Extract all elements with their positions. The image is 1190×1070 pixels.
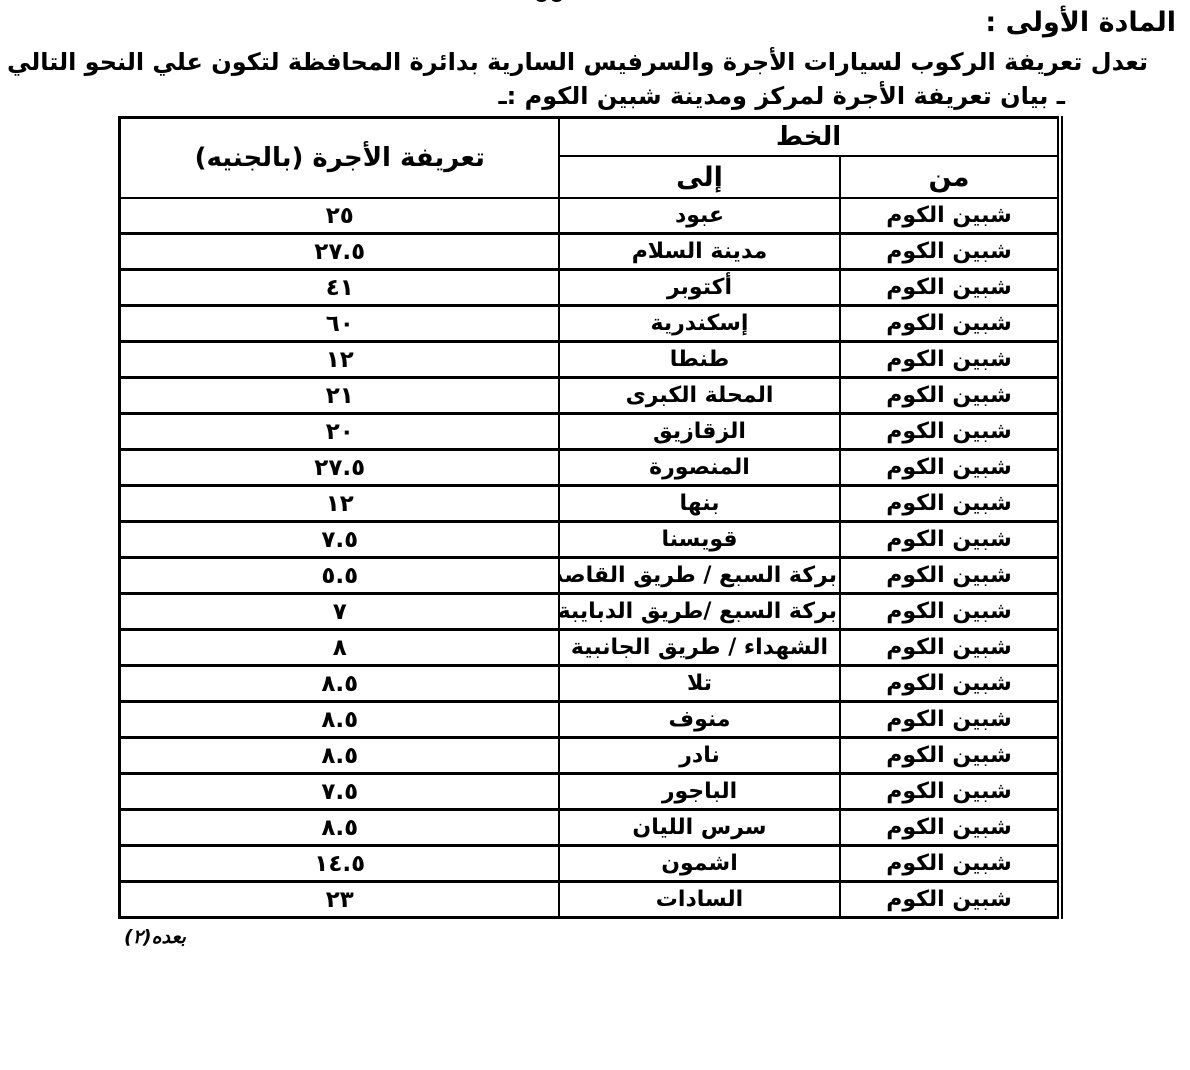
to-cell: تلا [559,666,840,702]
fare-table-header: الخط تعريفة الأجرة (بالجنيه) من إلى [120,118,1060,199]
to-cell: الزقازيق [559,414,840,450]
table-row: شبين الكومبنها١٢ [120,486,1060,522]
table-row: شبين الكومعبود٢٥ [120,198,1060,234]
page-number-text: ٥٥ [514,0,584,7]
table-row: شبين الكومطنطا١٢ [120,342,1060,378]
table-row: شبين الكومالسادات٢٣ [120,882,1060,918]
fare-cell: ٢٥ [120,198,559,234]
table-row: شبين الكومالمنصورة٢٧.٥ [120,450,1060,486]
to-cell: منوف [559,702,840,738]
to-cell: قويسنا [559,522,840,558]
to-cell: نادر [559,738,840,774]
table-row: شبين الكومأكتوبر٤١ [120,270,1060,306]
table-row: شبين الكومبركة السبع / طريق القاصد٥.٥ [120,558,1060,594]
line-column-header: الخط [559,118,1060,157]
fare-cell: ٢٧.٥ [120,450,559,486]
table-row: شبين الكومالباجور٧.٥ [120,774,1060,810]
table-row: شبين الكومالزقازيق٢٠ [120,414,1060,450]
table-row: شبين الكومسرس الليان٨.٥ [120,810,1060,846]
to-cell: بركة السبع / طريق القاصد [559,558,840,594]
fare-cell: ٢٠ [120,414,559,450]
table-row: شبين الكومتلا٨.٥ [120,666,1060,702]
fare-cell: ٨ [120,630,559,666]
to-cell: مدينة السلام [559,234,840,270]
fare-cell: ١٤.٥ [120,846,559,882]
to-cell: السادات [559,882,840,918]
to-cell: المنصورة [559,450,840,486]
from-cell: شبين الكوم [840,486,1060,522]
table-row: شبين الكومقويسنا٧.٥ [120,522,1060,558]
article-title: المادة الأولى : [0,0,1190,40]
to-column-header: إلى [559,156,840,198]
to-cell: إسكندرية [559,306,840,342]
from-cell: شبين الكوم [840,378,1060,414]
from-cell: شبين الكوم [840,630,1060,666]
from-cell: شبين الكوم [840,198,1060,234]
from-cell: شبين الكوم [840,522,1060,558]
from-cell: شبين الكوم [840,666,1060,702]
table-row: شبين الكومبركة السبع /طريق الدبايبة٧ [120,594,1060,630]
fare-cell: ٨.٥ [120,702,559,738]
fare-cell: ٧.٥ [120,522,559,558]
table-row: شبين الكوممنوف٨.٥ [120,702,1060,738]
from-cell: شبين الكوم [840,450,1060,486]
from-cell: شبين الكوم [840,846,1060,882]
from-cell: شبين الكوم [840,594,1060,630]
fare-column-header: تعريفة الأجرة (بالجنيه) [120,118,559,199]
fare-cell: ٨.٥ [120,666,559,702]
table-row: شبين الكومالمحلة الكبرى٢١ [120,378,1060,414]
header-row-line: الخط تعريفة الأجرة (بالجنيه) [120,118,1060,157]
from-cell: شبين الكوم [840,558,1060,594]
to-cell: أكتوبر [559,270,840,306]
fare-cell: ٧.٥ [120,774,559,810]
from-cell: شبين الكوم [840,270,1060,306]
fare-cell: ١٢ [120,342,559,378]
from-cell: شبين الكوم [840,702,1060,738]
from-cell: شبين الكوم [840,882,1060,918]
table-row: شبين الكومالشهداء / طريق الجانبية٨ [120,630,1060,666]
from-cell: شبين الكوم [840,234,1060,270]
to-cell: سرس الليان [559,810,840,846]
fare-cell: ٢٣ [120,882,559,918]
to-cell: الشهداء / طريق الجانبية [559,630,840,666]
table-row: شبين الكومنادر٨.٥ [120,738,1060,774]
intro-paragraph: تعدل تعريفة الركوب لسيارات الأجرة والسرف… [0,45,1148,79]
from-column-header: من [840,156,1060,198]
fare-cell: ٨.٥ [120,810,559,846]
fare-table: الخط تعريفة الأجرة (بالجنيه) من إلى شبين… [118,116,1063,919]
to-cell: اشمون [559,846,840,882]
fare-cell: ٢٧.٥ [120,234,559,270]
fare-cell: ٤١ [120,270,559,306]
page-number-fragment: ٥٥ [514,0,584,7]
from-cell: شبين الكوم [840,414,1060,450]
fare-cell: ٧ [120,594,559,630]
from-cell: شبين الكوم [840,738,1060,774]
table-caption: ـ بيان تعريفة الأجرة لمركز ومدينة شبين ا… [0,81,1065,111]
to-cell: عبود [559,198,840,234]
fare-cell: ١٢ [120,486,559,522]
fare-cell: ٢١ [120,378,559,414]
to-cell: الباجور [559,774,840,810]
table-row: شبين الكوماشمون١٤.٥ [120,846,1060,882]
from-cell: شبين الكوم [840,342,1060,378]
document-page: ٥٥ المادة الأولى : تعدل تعريفة الركوب لس… [0,0,1190,1070]
to-cell: طنطا [559,342,840,378]
table-row: شبين الكوممدينة السلام٢٧.٥ [120,234,1060,270]
to-cell: بركة السبع /طريق الدبايبة [559,594,840,630]
from-cell: شبين الكوم [840,810,1060,846]
fare-cell: ٨.٥ [120,738,559,774]
to-cell: بنها [559,486,840,522]
from-cell: شبين الكوم [840,306,1060,342]
table-row: شبين الكومإسكندرية٦٠ [120,306,1060,342]
fare-table-body: شبين الكومعبود٢٥شبين الكوممدينة السلام٢٧… [120,198,1060,918]
fare-cell: ٦٠ [120,306,559,342]
footer-note: بعده(٢) [124,926,186,948]
from-cell: شبين الكوم [840,774,1060,810]
to-cell: المحلة الكبرى [559,378,840,414]
fare-cell: ٥.٥ [120,558,559,594]
